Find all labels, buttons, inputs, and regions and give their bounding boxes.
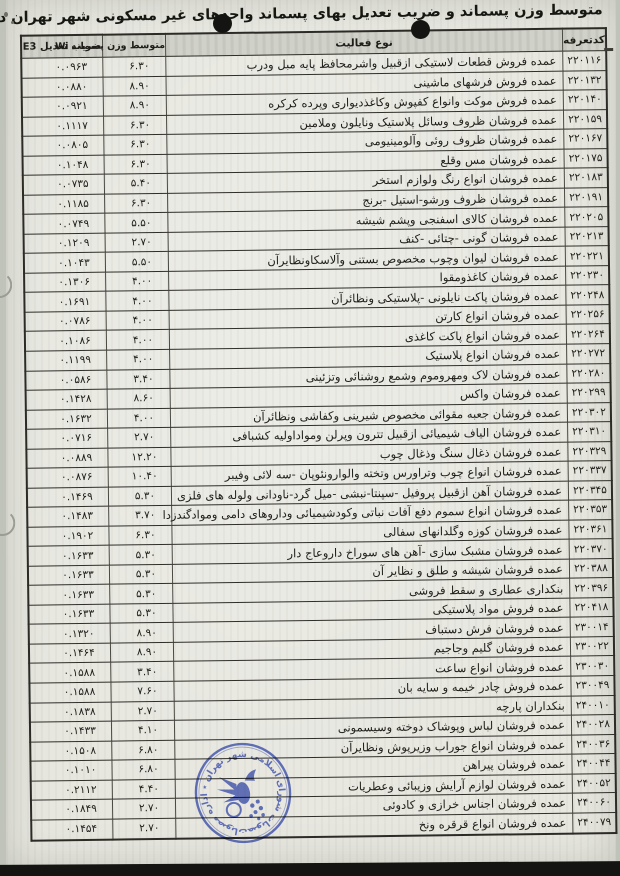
punch-hole-dot: [213, 14, 232, 33]
cell-code: ۲۳۰۰۴۹: [571, 676, 615, 696]
cell-wi: ۸.۹۰: [110, 623, 173, 643]
cell-wi: ۴.۰۰: [106, 330, 169, 350]
cell-code: ۲۲۰۳۵۳: [569, 500, 613, 520]
cell-code: ۲۴۰۰۵۲: [572, 773, 616, 793]
cell-es: ۰.۱۱۱۷: [22, 116, 104, 137]
cell-code: ۲۴۰۰۱۰: [571, 695, 615, 715]
cell-wi: ۶.۳۰: [103, 56, 166, 76]
cell-es: ۰.۰۸۸۰: [21, 77, 103, 98]
cell-wi: ۵.۵۰: [105, 213, 168, 233]
cell-wi: ۲.۷۰: [105, 232, 168, 252]
page-title: متوسط وزن پسماند و ضریب تعدیل بهای پسمان…: [17, 2, 603, 26]
pencil-mark: [4, 12, 8, 17]
page-curl-mark: [0, 510, 15, 536]
cell-wi: ۵.۵۰: [105, 252, 168, 272]
cell-es: ۰.۲۱۱۲: [31, 780, 113, 801]
cell-es: ۰.۱۴۳۳: [30, 721, 112, 742]
cell-code: ۲۲۰۱۴۰: [563, 90, 607, 110]
cell-wi: ۸.۹۰: [110, 642, 173, 662]
cell-es: ۰.۱۳۰۶: [24, 272, 106, 293]
cell-activity: عمده فروشان انواع قرقره ونخ: [176, 813, 573, 839]
cell-es: ۰.۰۸۰۵: [22, 135, 104, 156]
cell-code: ۲۲۰۲۷۲: [567, 344, 611, 364]
cell-es: ۰.۱۴۲۸: [26, 389, 108, 410]
cell-es: ۰.۱۰۱۰: [30, 760, 112, 781]
cell-code: ۲۳۰۰۱۴: [570, 617, 614, 637]
cell-wi: ۸.۹۰: [103, 76, 166, 96]
cell-es: ۰.۰۷۸۶: [25, 311, 107, 332]
cell-es: ۰.۰۸۷۶: [27, 467, 109, 488]
cell-code: ۲۲۰۱۸۳: [564, 168, 608, 188]
cell-wi: ۲.۷۰: [112, 798, 175, 818]
cell-code: ۲۲۰۳۲۹: [568, 441, 612, 461]
cell-code: ۲۲۰۱۷۵: [564, 148, 608, 168]
cell-es: ۰.۱۶۳۳: [28, 565, 110, 586]
cell-es: ۰.۱۵۰۸: [30, 741, 112, 762]
cell-code: ۲۲۰۲۱۳: [565, 226, 609, 246]
cell-es: ۰.۱۵۸۸: [29, 663, 111, 684]
cell-es: ۰.۰۷۳۵: [23, 174, 105, 195]
cell-code: ۲۲۰۲۴۸: [566, 285, 610, 305]
cell-es: ۰.۱۶۳۳: [28, 604, 110, 625]
cell-wi: ۶.۳۰: [105, 193, 168, 213]
pencil-mark: [11, 21, 14, 24]
cell-es: ۰.۱۱۸۵: [23, 194, 105, 215]
cell-code: ۲۲۰۲۳۰: [566, 265, 610, 285]
waste-weights-table: کدتعرفه نوع فعالیت متوسط وزن پسماند Wi ض…: [20, 27, 618, 842]
cell-wi: ۴.۰۰: [107, 349, 170, 369]
cell-wi: ۲.۷۰: [108, 427, 171, 447]
cell-code: ۲۲۰۲۲۱: [565, 246, 609, 266]
cell-es: ۰.۱۶۹۱: [24, 292, 106, 313]
header-es: ضریب تعدیل E3: [21, 35, 103, 59]
cell-wi: ۶.۳۰: [104, 154, 167, 174]
cell-wi: ۵.۳۰: [109, 564, 172, 584]
cell-code: ۲۲۰۱۱۶: [563, 51, 607, 71]
cell-es: ۰.۱۰۴۸: [23, 155, 105, 176]
cell-code: ۲۲۰۳۶۱: [569, 519, 613, 539]
cell-code: ۲۲۰۳۱۰: [568, 422, 612, 442]
cell-es: ۰.۱۴۸۳: [27, 506, 109, 527]
cell-es: ۰.۰۵۸۶: [25, 370, 107, 391]
cell-wi: ۴.۴۰: [112, 779, 175, 799]
cell-wi: ۲.۷۰: [111, 701, 174, 721]
cell-code: ۲۲۰۱۹۱: [564, 187, 608, 207]
cell-wi: ۴.۰۰: [107, 408, 170, 428]
cell-code: ۲۲۰۱۶۷: [564, 129, 608, 149]
cell-wi: ۵.۳۰: [110, 584, 173, 604]
cell-code: ۲۲۰۲۰۵: [565, 207, 609, 227]
cell-code: ۲۴۰۰۶۰: [572, 793, 616, 813]
margin-dash-mark: [604, 48, 613, 51]
cell-wi: ۶.۳۰: [104, 134, 167, 154]
cell-code: ۲۲۰۳۳۷: [568, 461, 612, 481]
cell-es: ۰.۱۸۴۹: [31, 799, 113, 820]
cell-es: ۰.۱۴۶۹: [27, 487, 109, 508]
cell-es: ۰.۱۰۸۶: [25, 331, 107, 352]
cell-wi: ۶.۸۰: [112, 740, 175, 760]
cell-code: ۲۲۰۳۴۵: [568, 480, 612, 500]
header-code: کدتعرفه: [562, 28, 606, 51]
cell-es: ۰.۱۰۴۳: [24, 252, 106, 273]
cell-wi: ۶.۳۰: [104, 115, 167, 135]
cell-code: ۲۴۰۰۲۸: [571, 715, 615, 735]
cell-code: ۲۲۰۲۶۴: [566, 324, 610, 344]
cell-es: ۰.۱۹۰۲: [27, 526, 109, 547]
cell-code: ۲۲۰۲۵۶: [566, 304, 610, 324]
cell-wi: ۳.۴۰: [107, 369, 170, 389]
cell-es: ۰.۱۴۶۴: [29, 643, 111, 664]
cell-wi: ۸.۹۰: [103, 95, 166, 115]
table-body: ۲۲۰۱۱۶عمده فروش قطعات لاستیکی ازقبیل واش…: [21, 51, 616, 841]
cell-code: ۲۴۰۰۷۹: [573, 812, 617, 833]
scanned-document-page: { "title": "متوسط وزن پسماند و ضریب تعدی…: [0, 0, 620, 876]
cell-wi: ۳.۴۰: [111, 662, 174, 682]
cell-wi: ۷.۶۰: [111, 681, 174, 701]
page-curl-mark: [0, 272, 12, 298]
cell-es: ۰.۰۷۱۶: [26, 428, 108, 449]
cell-wi: ۵.۳۰: [109, 545, 172, 565]
cell-wi: ۲.۷۰: [113, 818, 176, 840]
cell-es: ۰.۱۴۵۴: [31, 819, 113, 841]
cell-wi: ۸.۶۰: [107, 388, 170, 408]
cell-code: ۲۳۰۰۲۲: [570, 636, 614, 656]
cell-wi: ۶.۸۰: [112, 759, 175, 779]
cell-es: ۰.۱۶۳۳: [28, 545, 110, 566]
cell-es: ۰.۱۲۰۹: [24, 233, 106, 254]
cell-wi: ۴.۰۰: [106, 271, 169, 291]
cell-wi: ۵.۳۰: [110, 603, 173, 623]
cell-wi: ۴.۰۰: [106, 291, 169, 311]
cell-es: ۰.۱۳۲۰: [29, 624, 111, 645]
waste-table-wrapper: کدتعرفه نوع فعالیت متوسط وزن پسماند Wi ض…: [20, 27, 611, 842]
cell-code: ۲۲۰۳۹۶: [570, 578, 614, 598]
cell-code: ۲۲۰۳۸۸: [569, 558, 613, 578]
cell-es: ۰.۱۱۹۹: [25, 350, 107, 371]
cell-es: ۰.۰۸۸۹: [26, 448, 108, 469]
cell-code: ۲۲۰۳۷۰: [569, 539, 613, 559]
cell-es: ۰.۱۶۳۳: [28, 584, 110, 605]
cell-wi: ۱۰.۴۰: [108, 466, 171, 486]
cell-es: ۰.۱۵۸۸: [29, 682, 111, 703]
header-wi: متوسط وزن پسماند Wi: [102, 34, 165, 57]
punch-hole-dot: [411, 20, 430, 39]
cell-code: ۲۳۰۰۳۰: [571, 656, 615, 676]
cell-code: ۲۲۰۱۳۲: [563, 70, 607, 90]
cell-es: ۰.۰۷۴۹: [23, 213, 105, 234]
cell-es: ۰.۱۶۳۲: [26, 409, 108, 430]
cell-code: ۲۲۰۱۵۹: [563, 109, 607, 129]
cell-code: ۲۲۰۲۸۰: [567, 363, 611, 383]
cell-es: ۰.۰۹۲۱: [22, 96, 104, 117]
cell-es: ۰.۱۸۳۸: [30, 702, 112, 723]
document-sheet: متوسط وزن پسماند و ضریب تعدیل بهای پسمان…: [0, 0, 620, 876]
cell-wi: ۵.۳۰: [108, 486, 171, 506]
cell-es: ۰.۰۹۶۳: [21, 57, 103, 78]
cell-code: ۲۲۰۲۹۹: [567, 383, 611, 403]
cell-code: ۲۲۰۴۱۸: [570, 597, 614, 617]
cell-wi: ۴.۱۰: [111, 720, 174, 740]
cell-wi: ۵.۴۰: [104, 174, 167, 194]
cell-code: ۲۴۰۰۴۴: [572, 754, 616, 774]
cell-code: ۲۲۰۳۰۲: [567, 402, 611, 422]
cell-wi: ۶.۳۰: [109, 525, 172, 545]
cell-wi: ۴.۰۰: [106, 310, 169, 330]
cell-wi: ۱۲.۲۰: [108, 447, 171, 467]
cell-code: ۲۴۰۰۳۶: [572, 734, 616, 754]
